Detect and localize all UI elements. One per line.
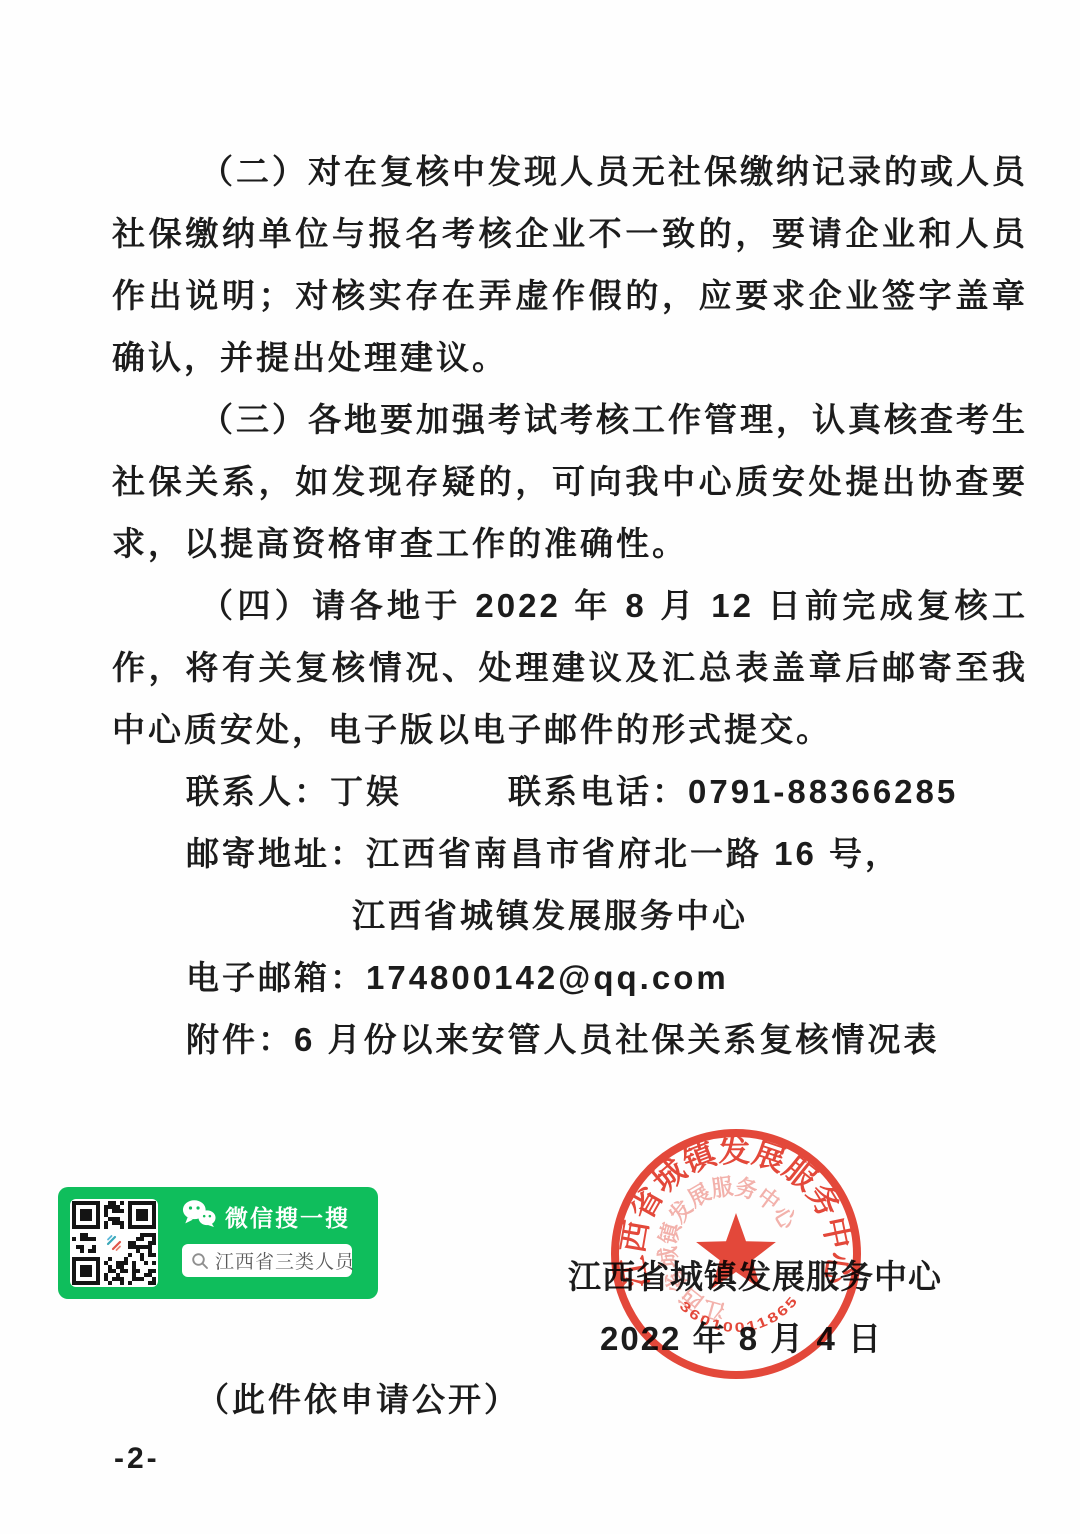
- contact-phone-label: 联系电话：: [508, 773, 688, 810]
- star-icon: [696, 1213, 776, 1289]
- address-label: 邮寄地址：: [186, 835, 366, 872]
- attachment-label: 附件：: [186, 1021, 294, 1058]
- wechat-search-title: 微信搜一搜: [225, 1200, 350, 1233]
- qr-center-logo: [101, 1230, 127, 1256]
- search-query-text: 江西省三类人员: [215, 1247, 355, 1274]
- mailing-address-line2: 江西省城镇发展服务中心: [112, 885, 1028, 947]
- page-number: -2-: [114, 1442, 160, 1476]
- contact-person-line: 联系人：丁娱联系电话：0791-88366285: [112, 761, 1028, 823]
- wechat-title-row: 微信搜一搜: [182, 1199, 368, 1233]
- document-text: （二）对在复核中发现人员无社保缴纳记录的或人员社保缴纳单位与报名考核企业不一致的…: [112, 141, 1028, 1071]
- contact-person-label: 联系人：: [186, 773, 330, 810]
- contact-phone-value: 0791-88366285: [688, 773, 958, 810]
- wechat-search-box[interactable]: 江西省三类人员: [182, 1244, 352, 1277]
- attachment-line: 附件：6 月份以来安管人员社保关系复核情况表: [112, 1009, 1028, 1071]
- official-seal: 江西省城镇发展服务中心 360100118659 江西省城镇发展服务中心: [606, 1124, 866, 1384]
- document-page: （二）对在复核中发现人员无社保缴纳记录的或人员社保缴纳单位与报名考核企业不一致的…: [0, 0, 1080, 1534]
- qr-logo-glyph: [104, 1233, 124, 1253]
- email-value: 174800142@qq.com: [366, 959, 729, 996]
- qr-code: [70, 1199, 158, 1287]
- mailing-address-line: 邮寄地址：江西省南昌市省府北一路 16 号，: [112, 823, 1028, 885]
- wechat-icon: [182, 1199, 216, 1233]
- disclosure-note: （此件依申请公开）: [196, 1374, 520, 1421]
- wechat-banner-right: 微信搜一搜 江西省三类人员: [182, 1199, 368, 1277]
- paragraph-2: （二）对在复核中发现人员无社保缴纳记录的或人员社保缴纳单位与报名考核企业不一致的…: [112, 141, 1028, 389]
- paragraph-4: （四）请各地于 2022 年 8 月 12 日前完成复核工作，将有关复核情况、处…: [112, 575, 1028, 761]
- contact-person-value: 丁娱: [330, 773, 402, 810]
- magnifier-icon: [191, 1252, 209, 1270]
- paragraph-3: （三）各地要加强考试考核工作管理，认真核查考生社保关系，如发现存疑的，可向我中心…: [112, 389, 1028, 575]
- email-label: 电子邮箱：: [186, 959, 366, 996]
- attachment-title: 6 月份以来安管人员社保关系复核情况表: [294, 1021, 940, 1058]
- email-line: 电子邮箱：174800142@qq.com: [112, 947, 1028, 1009]
- wechat-banner[interactable]: 微信搜一搜 江西省三类人员: [58, 1187, 378, 1299]
- address-value-line1: 江西省南昌市省府北一路 16 号，: [366, 835, 901, 872]
